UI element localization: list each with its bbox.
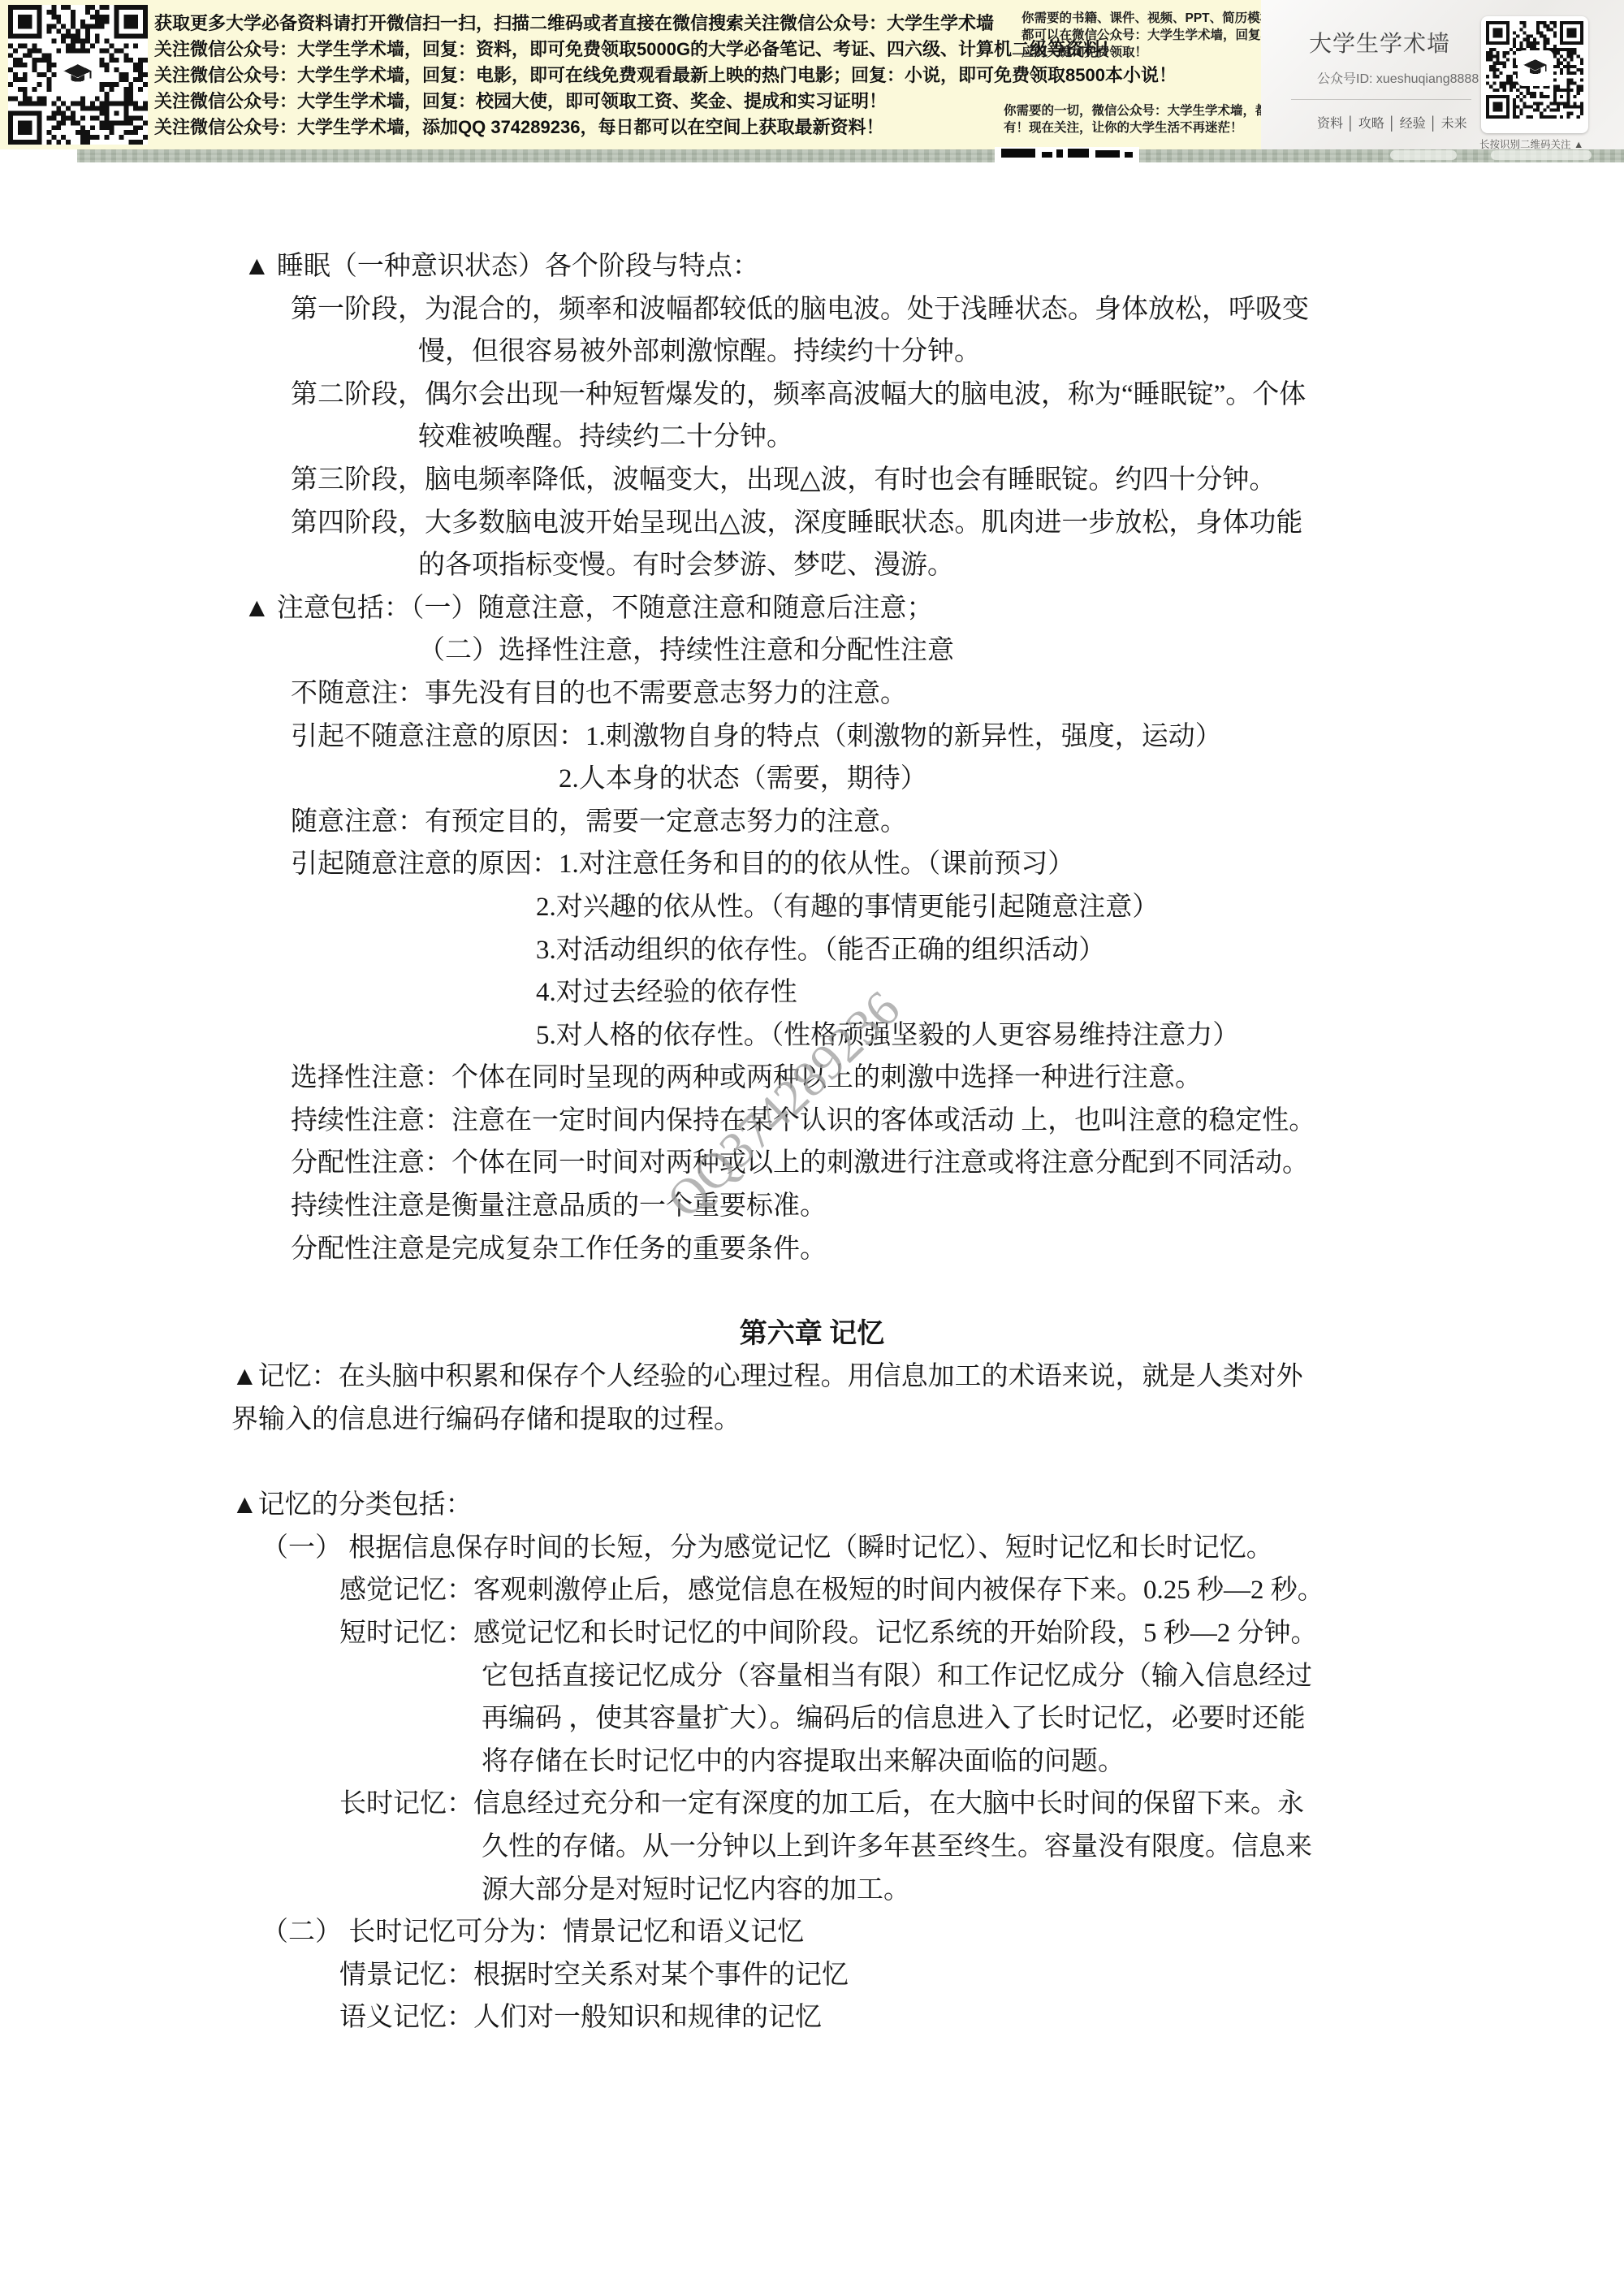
- doc-line: 源大部分是对短时记忆内容的加工。: [0, 1869, 1624, 1912]
- doc-line: （二） 长时记忆可分为：情景记忆和语义记忆: [0, 1911, 1624, 1954]
- chapter-heading: 第六章 记忆: [0, 1313, 1624, 1356]
- doc-line: 感觉记忆：客观刺激停止后，感觉信息在极短的时间内被保存下来。0.25 秒—2 秒…: [0, 1569, 1624, 1612]
- strip-white-gap: [0, 149, 77, 162]
- cut-glyph-fragment: [1068, 149, 1089, 158]
- cut-glyph-fragment: [1056, 149, 1063, 158]
- doc-line: 语义记忆：人们对一般知识和规律的记忆: [0, 1996, 1624, 2039]
- qr-code-left: [8, 5, 148, 145]
- doc-line: 情景记忆：根据时空关系对某个事件的记忆: [0, 1954, 1624, 1997]
- doc-line: 2.对兴趣的依从性。（有趣的事情更能引起随意注意）: [0, 886, 1624, 929]
- card-divider: [1291, 99, 1471, 100]
- account-tags: 资料 │ 攻略 │ 经验 │ 未来: [1317, 113, 1467, 132]
- doc-line: 分配性注意是完成复杂工作任务的重要条件。: [0, 1228, 1624, 1271]
- doc-line: 持续性注意：注意在一定时间内保持在某个认识的客体或活动 上，也叫注意的稳定性。: [0, 1100, 1624, 1143]
- graduation-cap-icon: [63, 59, 93, 89]
- doc-line: 久性的存储。从一分钟以上到许多年甚至终生。容量没有限度。信息来: [0, 1826, 1624, 1869]
- doc-line: （二）选择性注意，持续性注意和分配性注意: [0, 629, 1624, 672]
- account-id: 公众号ID: xueshuqiang8888: [1317, 68, 1479, 87]
- doc-line: 将存储在长时记忆中的内容提取出来解决面临的问题。: [0, 1740, 1624, 1784]
- doc-line: [0, 1442, 1624, 1485]
- graduation-cap-logo: [58, 55, 97, 94]
- banner-line-2: 关注微信公众号：大学生学术墙，回复：资料，即可免费领取5000G的大学必备笔记、…: [154, 39, 1119, 60]
- bullet-memory: ▲记忆：在头脑中积累和保存个人经验的心理过程。用信息加工的术语来说，就是人类对外: [0, 1356, 1624, 1399]
- mid-note-paragraph-2: 你需要的一切，微信公众号：大学生学术墙，都有！现在关注，让你的大学生活不再迷茫！: [1004, 102, 1276, 136]
- banner-line-1: 获取更多大学必备资料请打开微信扫一扫，扫描二维码或者直接在微信搜索关注微信公众号…: [154, 13, 994, 34]
- strip-highlight: [1491, 150, 1592, 160]
- doc-line: 的各项指标变慢。有时会梦游、梦呓、漫游。: [0, 544, 1624, 587]
- cut-glyph-fragment: [1125, 152, 1133, 158]
- doc-line: 第三阶段，脑电频率降低，波幅变大，出现△波，有时也会有睡眠锭。约四十分钟。: [0, 459, 1624, 502]
- doc-line: （一） 根据信息保存时间的长短，分为感觉记忆（瞬时记忆）、短时记忆和长时记忆。: [0, 1527, 1624, 1570]
- doc-line: 分配性注意：个体在同一时间对两种或以上的刺激进行注意或将注意分配到不同活动。: [0, 1142, 1624, 1185]
- account-title: 大学生学术墙: [1309, 26, 1450, 58]
- doc-line: 持续性注意是衡量注意品质的一个重要标准。: [0, 1185, 1624, 1228]
- desktop-strip: [0, 149, 1624, 162]
- doc-line: 引起不随意注意的原因：1.刺激物自身的特点（刺激物的新异性，强度，运动）: [0, 716, 1624, 759]
- doc-line: 界输入的信息进行编码存储和提取的过程。: [0, 1399, 1624, 1442]
- doc-line: 较难被唤醒。持续约二十分钟。: [0, 416, 1624, 459]
- mid-note-paragraph-1: 你需要的书籍、课件、视频、PPT、简历模板都可以在微信公众号：大学生学术墙，回复…: [1021, 10, 1275, 61]
- promo-banner: 获取更多大学必备资料请打开微信扫一扫，扫描二维码或者直接在微信搜索关注微信公众号…: [0, 0, 1624, 149]
- doc-line: 第一阶段，为混合的，频率和波幅都较低的脑电波。处于浅睡状态。身体放松，呼吸变: [0, 288, 1624, 331]
- cut-glyph-fragment: [1001, 149, 1035, 158]
- doc-line: 随意注意：有预定目的，需要一定意志努力的注意。: [0, 801, 1624, 844]
- cut-text-fragments: [995, 147, 1139, 162]
- doc-line: 长时记忆：信息经过充分和一定有深度的加工后，在大脑中长时间的保留下来。永: [0, 1783, 1624, 1826]
- banner-line-5: 关注微信公众号：大学生学术墙，添加QQ 374289236，每日都可以在空间上获…: [154, 117, 883, 138]
- graduation-cap-icon: [1522, 55, 1548, 80]
- doc-line: 2.人本身的状态（需要，期待）: [0, 758, 1624, 801]
- bullet-memory-types: ▲记忆的分类包括：: [0, 1484, 1624, 1527]
- doc-line: 3.对活动组织的依存性。（能否正确的组织活动）: [0, 929, 1624, 972]
- document-body: ▲ 睡眠（一种意识状态）各个阶段与特点：第一阶段，为混合的，频率和波幅都较低的脑…: [0, 245, 1624, 2039]
- bullet-attention: ▲ 注意包括：（一）随意注意，不随意注意和随意后注意；: [0, 587, 1624, 630]
- doc-line: 再编码 ，使其容量扩大）。编码后的信息进入了长时记忆，必要时还能: [0, 1697, 1624, 1740]
- doc-line: 第四阶段，大多数脑电波开始呈现出△波，深度睡眠状态。肌肉进一步放松，身体功能: [0, 502, 1624, 545]
- doc-line: 第二阶段，偶尔会出现一种短暂爆发的，频率高波幅大的脑电波，称为“睡眠锭”。个体: [0, 374, 1624, 417]
- document-page: ▲ 睡眠（一种意识状态）各个阶段与特点：第一阶段，为混合的，频率和波幅都较低的脑…: [0, 162, 1624, 2296]
- cut-glyph-fragment: [1095, 150, 1120, 158]
- doc-line: 不随意注：事先没有目的也不需要意志努力的注意。: [0, 672, 1624, 716]
- graduation-cap-logo: [1519, 52, 1552, 84]
- strip-highlight: [1390, 150, 1457, 160]
- doc-line: 短时记忆：感觉记忆和长时记忆的中间阶段。记忆系统的开始阶段，5 秒—2 分钟。: [0, 1612, 1624, 1655]
- doc-line: 慢，但很容易被外部刺激惊醒。持续约十分钟。: [0, 331, 1624, 374]
- bullet-sleep: ▲ 睡眠（一种意识状态）各个阶段与特点：: [0, 245, 1624, 288]
- doc-line: 选择性注意：个体在同时呈现的两种或两种以上的刺激中选择一种进行注意。: [0, 1057, 1624, 1100]
- doc-line: 引起随意注意的原因：1.对注意任务和目的的依从性。（课前预习）: [0, 843, 1624, 886]
- doc-line: 5.对人格的依存性。（性格顽强坚毅的人更容易维持注意力）: [0, 1014, 1624, 1057]
- banner-line-4: 关注微信公众号：大学生学术墙，回复：校园大使，即可领取工资、奖金、提成和实习证明…: [154, 91, 887, 112]
- qr-code-right: [1481, 16, 1588, 133]
- doc-line: [0, 1270, 1624, 1313]
- doc-line: 4.对过去经验的依存性: [0, 971, 1624, 1014]
- banner-line-3: 关注微信公众号：大学生学术墙，回复：电影，即可在线免费观看最新上映的热门电影；回…: [154, 65, 1177, 86]
- doc-line: 它包括直接记忆成分（容量相当有限）和工作记忆成分（输入信息经过: [0, 1655, 1624, 1698]
- cut-glyph-fragment: [1042, 152, 1052, 158]
